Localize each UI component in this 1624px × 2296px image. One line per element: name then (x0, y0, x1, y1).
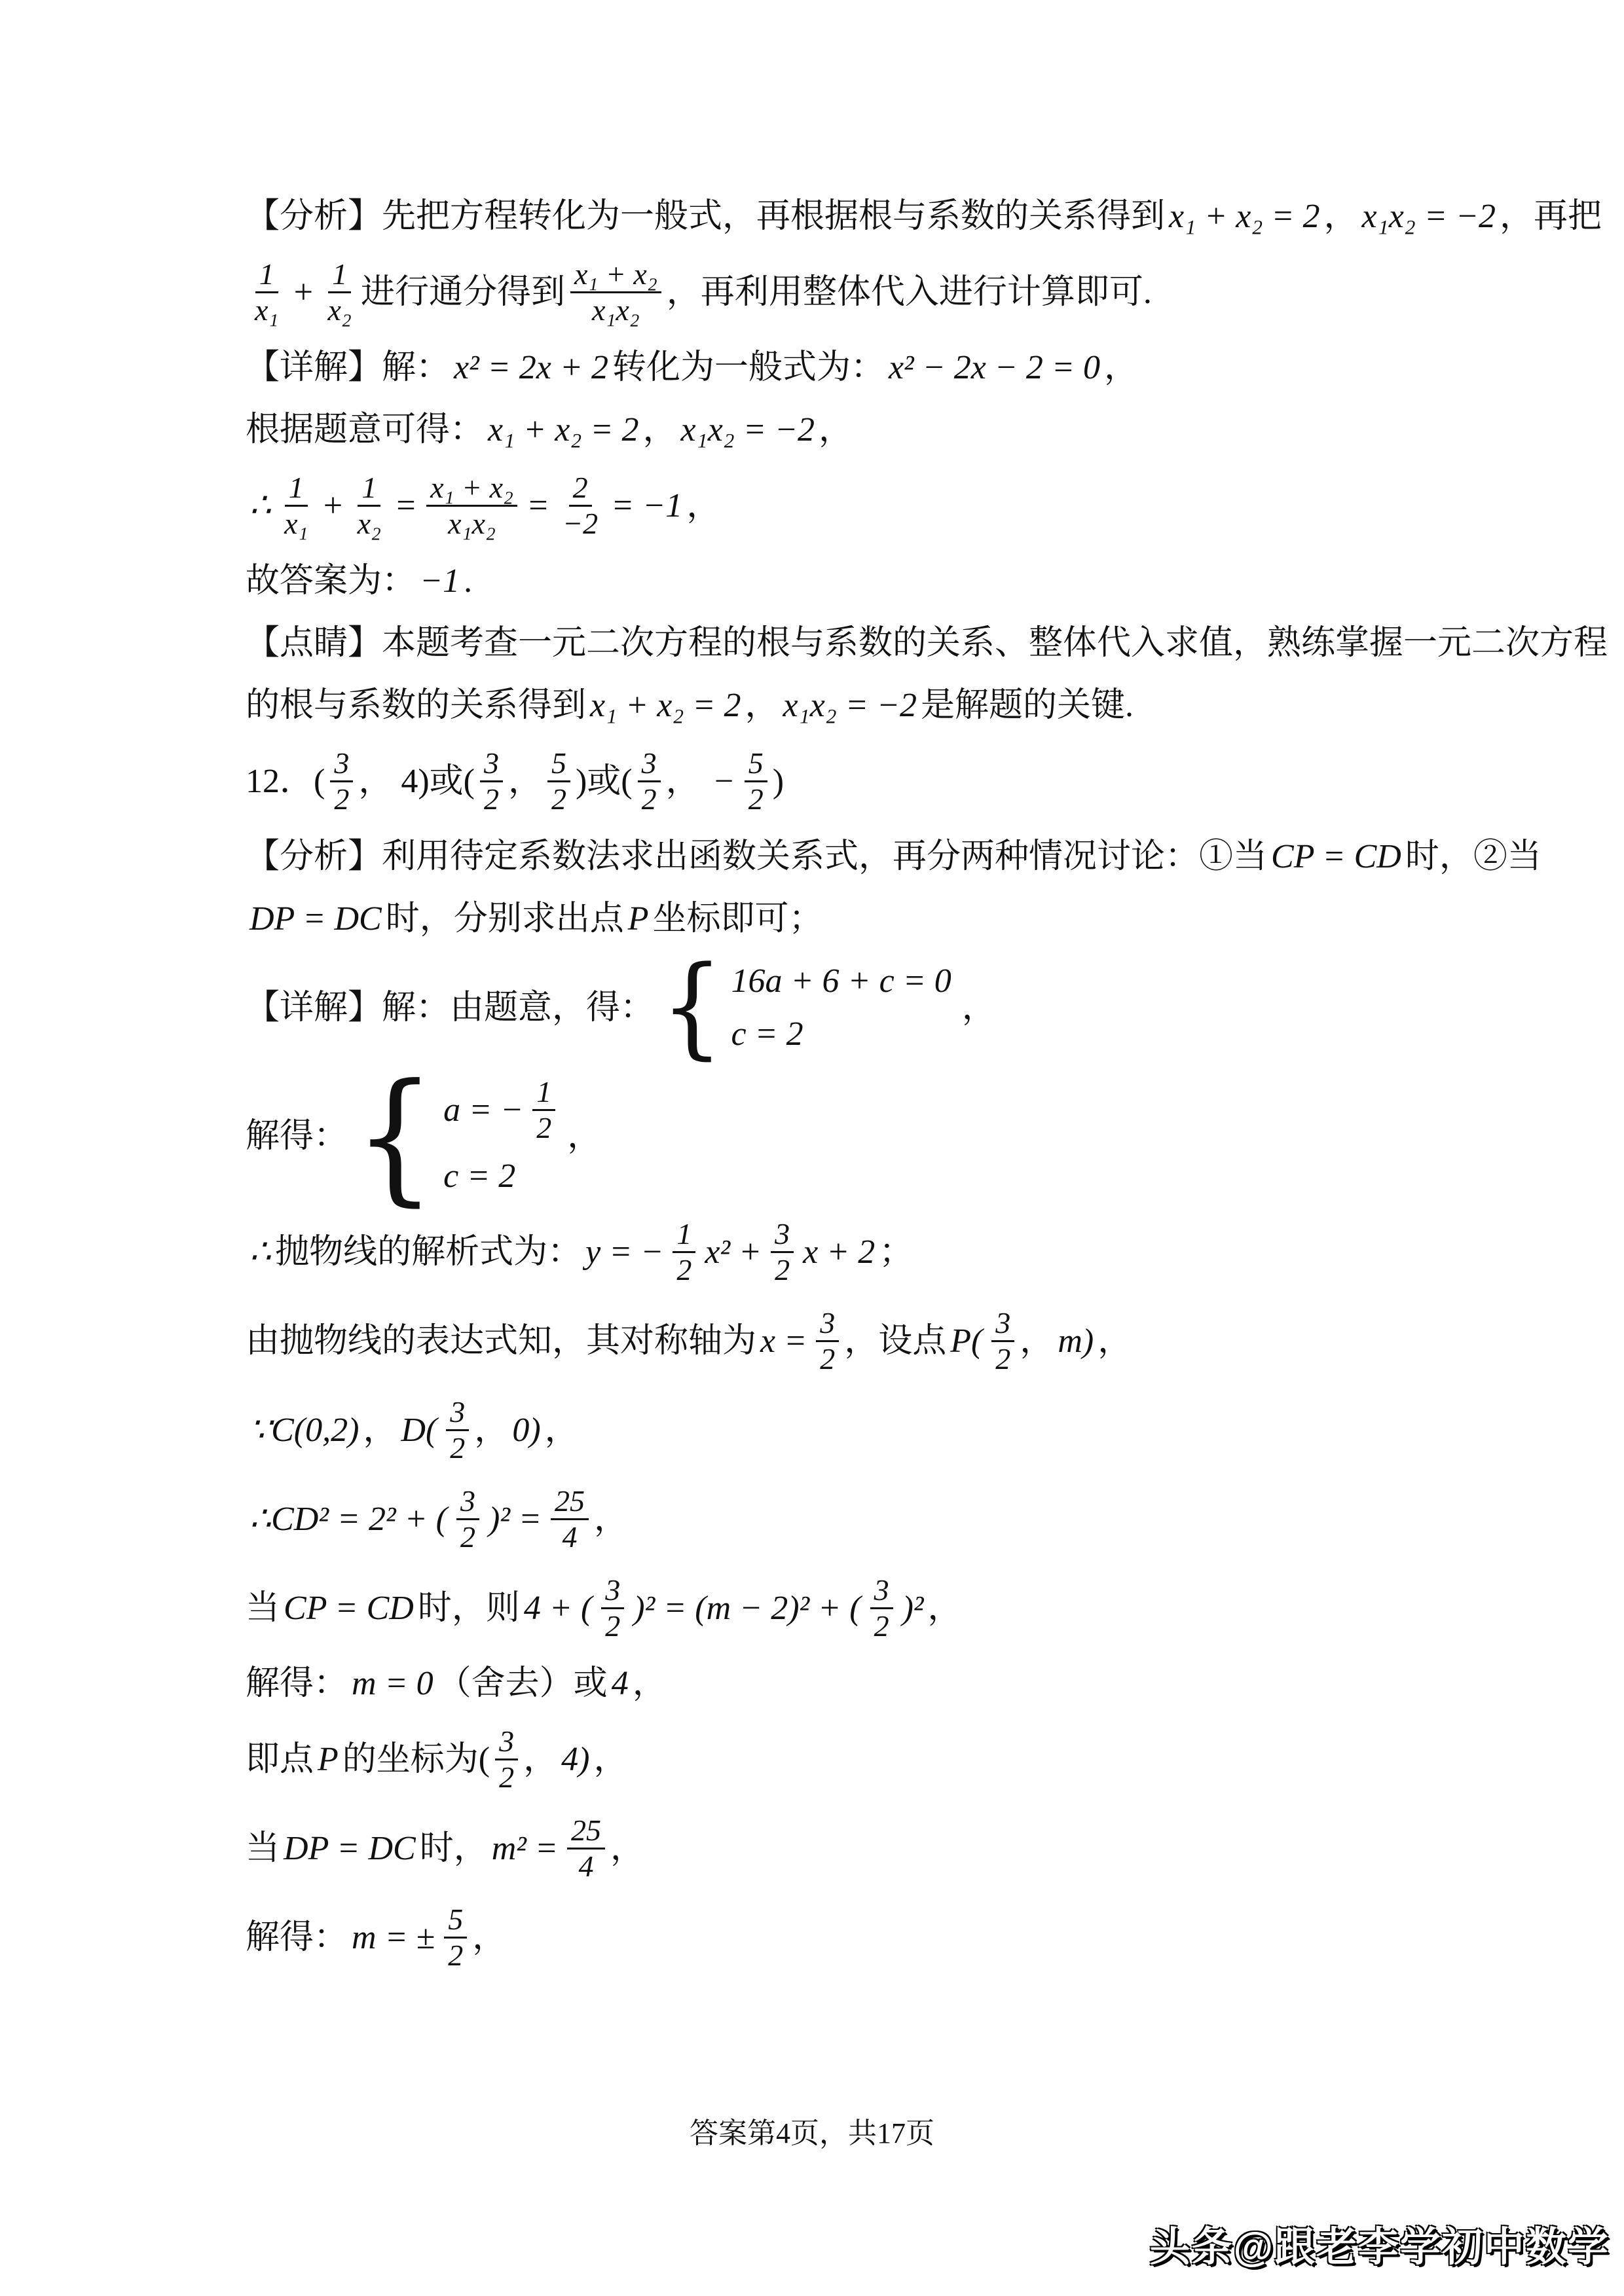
math-run: 4 + ( (524, 1587, 592, 1630)
text-run: ， (594, 1498, 628, 1540)
fraction-denominator: 2 (446, 1431, 469, 1465)
case-cp-cd-line: 当CP = CD时，则4 + (32)² = (m − 2)² + (32)²， (246, 1573, 1424, 1643)
document-page: 【分析】先把方程转化为一般式，再根据根与系数的关系得到x₁ + x₂ = 2，x… (0, 0, 1624, 2296)
math-run: m = 0 (352, 1662, 434, 1705)
text-run: ， (1098, 1320, 1132, 1362)
math-run: + (322, 484, 344, 527)
math-run: x² = 2x + 2 (454, 346, 608, 389)
math-run: x₁ + x₂ = 2 (488, 409, 639, 451)
fraction-numerator: 1 (358, 471, 380, 507)
fraction: 32 (601, 1573, 624, 1643)
fraction: 32 (771, 1217, 794, 1286)
math-run: = (526, 484, 549, 527)
fraction-denominator: x₂ (354, 507, 385, 541)
text-run: 的根与系数的关系得到 (246, 684, 586, 727)
solution-text-block: 【分析】先把方程转化为一般式，再根据根与系数的关系得到x₁ + x₂ = 2，x… (246, 195, 1424, 1992)
fraction-numerator: 3 (330, 746, 353, 782)
fraction-denominator: 2 (547, 782, 570, 816)
math-run: x₁x₂ = −2 (783, 684, 917, 727)
text-run: 是解题的关键. (921, 684, 1134, 727)
equation-system: {a = −12c = 2 (354, 1075, 561, 1197)
fraction-numerator: x₁ + x₂ (570, 257, 661, 293)
math-run: x₁ + x₂ = 2 (590, 684, 741, 727)
system-row: c = 2 (443, 1155, 557, 1197)
system-row: 16a + 6 + c = 0 (731, 960, 951, 1002)
parabola-equation-line: ∴抛物线的解析式为：y = −12x² +32x + 2； (246, 1217, 1424, 1286)
math-run: a = − (443, 1089, 523, 1131)
fraction: 32 (330, 746, 353, 816)
because-symbol-run: ∵C(0,2) (249, 1409, 359, 1451)
text-run: ， (962, 987, 996, 1029)
math-run: )² = (489, 1498, 542, 1540)
left-brace: { (354, 1076, 435, 1197)
fraction-denominator: 4 (574, 1850, 597, 1884)
points-cd-line: ∵C(0,2)，D(32，0)， (246, 1395, 1424, 1465)
cd-squared-line: ∴CD² = 2² + (32)² =254， (246, 1484, 1424, 1554)
system-rows: a = −12c = 2 (439, 1075, 561, 1197)
fraction: 32 (638, 746, 661, 816)
fraction-numerator: 1 (285, 471, 308, 507)
math-run: m) (1058, 1320, 1094, 1362)
fraction: 2−2 (559, 471, 602, 540)
fraction-denominator: x₁x₂ (444, 507, 500, 541)
text-run: 进行通分得到 (361, 271, 565, 314)
math-run: x₁x₂ = −2 (681, 409, 815, 451)
math-run: P (628, 898, 649, 940)
fraction-numerator: 3 (991, 1306, 1014, 1342)
fraction-numerator: 2 (569, 471, 592, 507)
text-run: 抛物线的解析式为： (275, 1231, 581, 1273)
math-run: 4 (612, 1662, 629, 1705)
math-run: CP = CD (1271, 835, 1401, 878)
text-run: ， (508, 760, 542, 803)
text-run: ， (1020, 1320, 1054, 1362)
fraction-numerator: 3 (456, 1484, 479, 1520)
text-run: 【详解】解： (246, 346, 450, 389)
fraction: 1x₁ (280, 471, 312, 540)
text-run: 的坐标为( (342, 1738, 490, 1781)
fraction-numerator: 3 (638, 746, 661, 782)
analysis-paragraph-q12: 【分析】利用待定系数法求出函数关系式，再分两种情况讨论：①当CP = CD时，②… (246, 835, 1424, 878)
fraction-denominator: 2 (673, 1253, 695, 1287)
fraction-denominator: 2 (638, 782, 661, 816)
roots-relation-line: 根据题意可得：x₁ + x₂ = 2，x₁x₂ = −2， (246, 409, 1424, 451)
fraction-denominator: −2 (559, 507, 602, 541)
text-run: 当 (246, 1827, 280, 1870)
text-run: ， (633, 1662, 667, 1705)
math-run: )² = (m − 2)² + ( (633, 1587, 860, 1630)
text-run: ，设点 (844, 1320, 946, 1362)
math-run: 4) (561, 1738, 589, 1781)
detail-solution-line: 【详解】解：x² = 2x + 2转化为一般式为：x² − 2x − 2 = 0… (246, 346, 1424, 389)
fraction-numerator: 3 (495, 1724, 518, 1760)
analysis-paragraph-q11: 【分析】先把方程转化为一般式，再根据根与系数的关系得到x₁ + x₂ = 2，x… (246, 195, 1424, 238)
fraction: 12 (673, 1217, 695, 1286)
page-number-footer: 答案第4页，共17页 (0, 2109, 1624, 2151)
text-run: 时，则 (418, 1587, 520, 1630)
fraction-numerator: 3 (771, 1217, 794, 1253)
text-run: 【分析】先把方程转化为一般式，再根据根与系数的关系得到 (246, 195, 1165, 238)
math-run: P( (950, 1320, 982, 1362)
math-run: m = ± (352, 1916, 435, 1959)
fraction-numerator: 3 (480, 746, 503, 782)
text-run: 时，分别求出点 (386, 898, 624, 940)
fraction-numerator: 1 (255, 257, 278, 293)
text-run: 【分析】利用待定系数法求出函数关系式，再分两种情况讨论：①当 (246, 835, 1267, 878)
math-run: m² = (492, 1827, 558, 1870)
text-run: ， (567, 1115, 601, 1157)
fraction-denominator: 2 (745, 782, 767, 816)
text-run: 12．( (246, 760, 325, 803)
fraction-numerator: 3 (816, 1306, 839, 1342)
text-run: ， (745, 684, 779, 727)
watermark-text: 头条@跟老李学初中数学 (1150, 2214, 1610, 2272)
math-run: x = (760, 1320, 807, 1362)
fraction: 254 (567, 1813, 605, 1883)
text-run: 根据题意可得： (246, 409, 484, 451)
system-rows: 16a + 6 + c = 0c = 2 (727, 960, 955, 1055)
fraction-denominator: x₁ (251, 293, 282, 327)
fraction-numerator: 5 (444, 1903, 467, 1939)
text-run: ， (643, 409, 677, 451)
fraction: x₁ + x₂x₁x₂ (426, 471, 517, 540)
text-run: ， (472, 1916, 506, 1959)
fraction: 32 (456, 1484, 479, 1554)
text-run: ， 4)或( (358, 760, 475, 803)
fraction: 32 (991, 1306, 1014, 1376)
math-run: DP = DC (284, 1827, 416, 1870)
fraction: 52 (444, 1903, 467, 1972)
equation-system: {16a + 6 + c = 0c = 2 (661, 960, 955, 1055)
case-dp-dc-line: 当DP = DC时，m² =254， (246, 1813, 1424, 1883)
math-run: x₁x₂ = −2 (1362, 195, 1496, 238)
math-run: y = − (585, 1231, 663, 1273)
answer-line-q12: 12．(32， 4)或(32，52)或(32， −52) (246, 746, 1424, 816)
fraction: 1x₂ (354, 471, 385, 540)
therefore-symbol: ∴ (249, 1231, 271, 1273)
therefore-symbol: ∴ (249, 484, 271, 527)
fraction-numerator: 1 (532, 1075, 555, 1111)
text-run: ， (819, 409, 853, 451)
text-run: 解得： (246, 1916, 348, 1959)
text-run: 时，②当 (1405, 835, 1541, 878)
analysis-paragraph-q12-cont: DP = DC时，分别求出点P坐标即可； (246, 898, 1424, 940)
system-row: c = 2 (731, 1013, 951, 1055)
math-run: x² + (705, 1231, 762, 1273)
text-run: 即点 (246, 1738, 314, 1781)
fraction-numerator: 25 (551, 1484, 589, 1520)
math-run: −1 (420, 560, 460, 602)
math-run: DP = DC (249, 898, 382, 940)
text-run: ； (879, 1231, 913, 1273)
text-run: ， (545, 1409, 579, 1451)
text-run: ， (1104, 346, 1138, 389)
text-run: ，再利用整体代入进行计算即可. (667, 271, 1152, 314)
fraction-denominator: x₂ (324, 293, 356, 327)
text-run: ， (686, 484, 720, 527)
fraction-denominator: 2 (771, 1253, 794, 1287)
fraction: 254 (551, 1484, 589, 1554)
fraction-numerator: 3 (601, 1573, 624, 1609)
fraction-denominator: 2 (532, 1111, 555, 1145)
answer-line-q11: 故答案为：−1. (246, 560, 1424, 602)
fraction-denominator: 2 (816, 1342, 839, 1376)
fraction-denominator: 2 (330, 782, 353, 816)
minus-sign: − (712, 760, 735, 803)
axis-symmetry-line: 由抛物线的表达式知，其对称轴为x =32，设点P(32，m)， (246, 1306, 1424, 1376)
solve-m-pm-line: 解得：m = ±52， (246, 1903, 1424, 1972)
fraction-denominator: 2 (456, 1520, 479, 1554)
fraction: 32 (816, 1306, 839, 1376)
text-run: )或( (576, 760, 633, 803)
text-run: ， (610, 1827, 644, 1870)
point-p-coords-line: 即点P的坐标为(32，4)， (246, 1724, 1424, 1794)
fraction: 52 (745, 746, 767, 816)
fraction-denominator: x₁ (280, 507, 312, 541)
fraction-denominator: 4 (559, 1520, 581, 1554)
solve-m-line: 解得：m = 0（舍去）或4， (246, 1662, 1424, 1705)
keypoint-paragraph-2: 的根与系数的关系得到x₁ + x₂ = 2，x₁x₂ = −2是解题的关键. (246, 684, 1424, 727)
text-run: 坐标即可； (652, 898, 822, 940)
text-run: （舍去）或 (437, 1662, 608, 1705)
system-solution-line: 解得：{a = −12c = 2， (246, 1075, 1424, 1197)
fraction: 32 (480, 746, 503, 816)
fraction: 1x₂ (324, 257, 356, 327)
left-brace: { (661, 961, 723, 1055)
math-run: x₁ + x₂ = 2 (1169, 195, 1320, 238)
math-run: x + 2 (803, 1231, 875, 1273)
text-run: ， (474, 1409, 508, 1451)
text-run: 当 (246, 1587, 280, 1630)
fraction: 32 (495, 1724, 518, 1794)
text-run: ， (523, 1738, 557, 1781)
math-run: CP = CD (284, 1587, 414, 1630)
fraction-numerator: 1 (673, 1217, 695, 1253)
analysis-formula-line: 1x₁+1x₂进行通分得到x₁ + x₂x₁x₂，再利用整体代入进行计算即可. (246, 257, 1424, 327)
text-run: 解得： (246, 1115, 348, 1157)
text-run: ， (666, 760, 709, 803)
math-run: P (318, 1738, 339, 1781)
text-run: 【详解】解：由题意，得： (246, 987, 654, 1029)
text-run: ， (363, 1409, 397, 1451)
text-run: ， (593, 1738, 627, 1781)
text-run: 转化为一般式为： (612, 346, 885, 389)
system-row: a = −12 (439, 1075, 561, 1144)
text-run: ， (927, 1587, 961, 1630)
text-run: ， (1324, 195, 1358, 238)
text-run: ) (773, 760, 784, 803)
fraction: 1x₁ (251, 257, 282, 327)
fraction-denominator: x₁x₂ (588, 293, 644, 327)
text-run: 解得： (246, 1662, 348, 1705)
fraction-denominator: 2 (870, 1609, 893, 1643)
fraction-chain-line: ∴1x₁+1x₂=x₁ + x₂x₁x₂=2−2= −1， (246, 471, 1424, 540)
fraction-numerator: 3 (870, 1573, 893, 1609)
fraction-numerator: x₁ + x₂ (426, 471, 517, 507)
fraction: 32 (446, 1395, 469, 1465)
text-run: 【点睛】本题考查一元二次方程的根与系数的关系、整体代入求值，熟练掌握一元二次方程 (246, 622, 1608, 665)
fraction-numerator: 1 (328, 257, 351, 293)
fraction-numerator: 3 (446, 1395, 469, 1431)
fraction-numerator: 25 (567, 1813, 605, 1850)
system-equations-line: 【详解】解：由题意，得：{16a + 6 + c = 0c = 2， (246, 960, 1424, 1055)
fraction: 32 (870, 1573, 893, 1643)
fraction: x₁ + x₂x₁x₂ (570, 257, 661, 327)
math-run: 0) (512, 1409, 540, 1451)
math-run: )² (902, 1587, 924, 1630)
text-run: 由抛物线的表达式知，其对称轴为 (246, 1320, 756, 1362)
fraction-denominator: 2 (495, 1760, 518, 1795)
fraction-numerator: 5 (547, 746, 570, 782)
fraction-numerator: 5 (745, 746, 767, 782)
text-run: 时， (420, 1827, 488, 1870)
math-run: x² − 2x − 2 = 0 (889, 346, 1100, 389)
fraction-denominator: 2 (991, 1342, 1014, 1376)
text-run: ，再把 (1500, 195, 1602, 238)
math-run: + (291, 271, 314, 314)
math-run: = −1 (611, 484, 682, 527)
math-run: = (394, 484, 417, 527)
text-run: . (464, 560, 472, 602)
keypoint-paragraph-1: 【点睛】本题考查一元二次方程的根与系数的关系、整体代入求值，熟练掌握一元二次方程 (246, 622, 1424, 665)
text-run: 故答案为： (246, 560, 416, 602)
fraction: 12 (532, 1075, 555, 1144)
fraction-denominator: 2 (444, 1939, 467, 1973)
fraction-denominator: 2 (480, 782, 503, 816)
math-run: ∴CD² = 2² + ( (249, 1498, 447, 1540)
fraction: 52 (547, 746, 570, 816)
math-run: D( (401, 1409, 437, 1451)
fraction-denominator: 2 (601, 1609, 624, 1643)
